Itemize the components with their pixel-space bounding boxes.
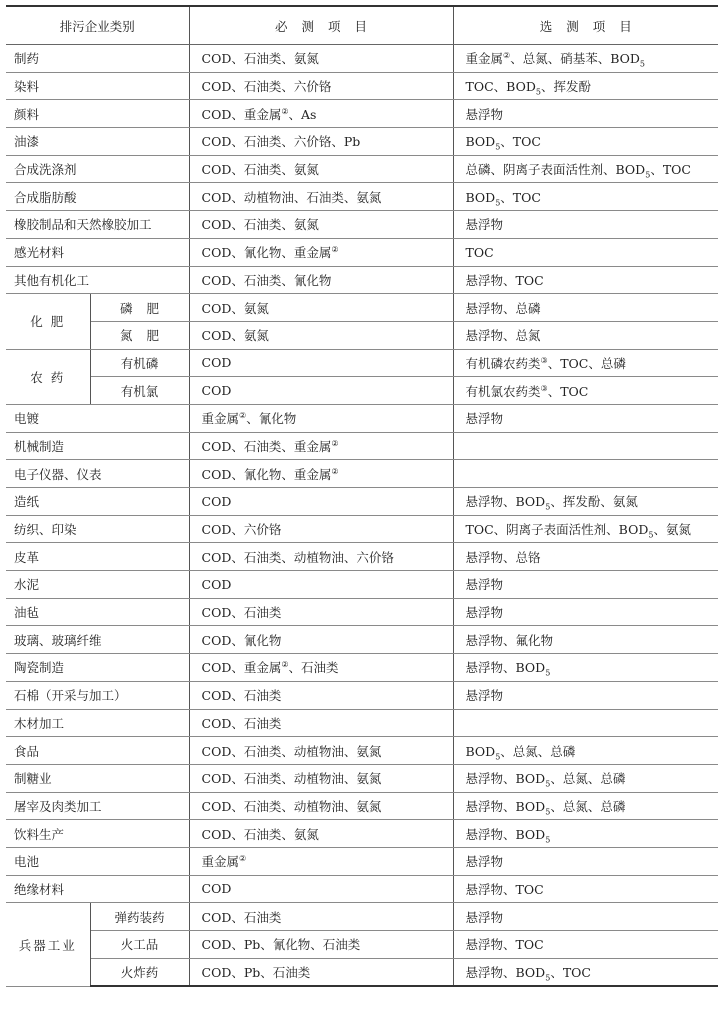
header-category: 排污企业类别 [6, 6, 189, 45]
table-row: 化 肥磷 肥COD、氨氮悬浮物、总磷 [6, 294, 718, 322]
category-cell: 染料 [6, 72, 189, 100]
table-row: 电子仪器、仪表COD、氰化物、重金属② [6, 460, 718, 488]
optional-items-cell: TOC [453, 238, 718, 266]
optional-items-cell: 悬浮物 [453, 903, 718, 931]
optional-items-cell: BOD5、总氮、总磷 [453, 737, 718, 765]
optional-items-cell: 悬浮物、BOD5 [453, 820, 718, 848]
category-cell: 感光材料 [6, 238, 189, 266]
required-items-cell: COD、石油类、六价铬 [189, 72, 453, 100]
required-items-cell: COD、动植物油、石油类、氨氮 [189, 183, 453, 211]
required-items-cell: COD、石油类、氨氮 [189, 45, 453, 73]
optional-items-cell: 悬浮物、BOD5、挥发酚、氨氮 [453, 488, 718, 516]
pollutant-monitoring-table: 排污企业类别 必 测 项 目 选 测 项 目 制药COD、石油类、氨氮重金属②、… [6, 5, 718, 987]
optional-items-cell: 悬浮物、BOD5、总氮、总磷 [453, 764, 718, 792]
table-row: 屠宰及肉类加工COD、石油类、动植物油、氨氮悬浮物、BOD5、总氮、总磷 [6, 792, 718, 820]
table-row: 食品COD、石油类、动植物油、氨氮BOD5、总氮、总磷 [6, 737, 718, 765]
table-row: 合成洗涤剂COD、石油类、氨氮总磷、阴离子表面活性剂、BOD5、TOC [6, 155, 718, 183]
optional-items-cell: 重金属②、总氮、硝基苯、BOD5 [453, 45, 718, 73]
group-category-cell: 农 药 [6, 349, 90, 404]
required-items-cell: COD、石油类、氰化物 [189, 266, 453, 294]
category-cell: 饮料生产 [6, 820, 189, 848]
optional-items-cell: 悬浮物、TOC [453, 266, 718, 294]
subcategory-cell: 火工品 [90, 931, 189, 959]
required-items-cell: 重金属② [189, 847, 453, 875]
optional-items-cell [453, 709, 718, 737]
category-cell: 制糖业 [6, 764, 189, 792]
optional-items-cell: 悬浮物 [453, 681, 718, 709]
optional-items-cell: 悬浮物、总氮 [453, 321, 718, 349]
optional-items-cell [453, 432, 718, 460]
subcategory-cell: 火炸药 [90, 958, 189, 986]
table-row: 感光材料COD、氰化物、重金属②TOC [6, 238, 718, 266]
required-items-cell: COD、石油类、氨氮 [189, 211, 453, 239]
table-row: 皮革COD、石油类、动植物油、六价铬悬浮物、总铬 [6, 543, 718, 571]
table-row: 兵器工业弹药装药COD、石油类悬浮物 [6, 903, 718, 931]
table-row: 染料COD、石油类、六价铬TOC、BOD5、挥发酚 [6, 72, 718, 100]
optional-items-cell: 悬浮物、氟化物 [453, 626, 718, 654]
table-body: 制药COD、石油类、氨氮重金属②、总氮、硝基苯、BOD5染料COD、石油类、六价… [6, 45, 718, 987]
category-cell: 绝缘材料 [6, 875, 189, 903]
optional-items-cell: 悬浮物、BOD5、TOC [453, 958, 718, 986]
table-row: 橡胶制品和天然橡胶加工COD、石油类、氨氮悬浮物 [6, 211, 718, 239]
required-items-cell: COD、氰化物 [189, 626, 453, 654]
table-row: 合成脂肪酸COD、动植物油、石油类、氨氮BOD5、TOC [6, 183, 718, 211]
group-category-cell: 化 肥 [6, 294, 90, 349]
required-items-cell: COD、石油类、氨氮 [189, 155, 453, 183]
optional-items-cell: 悬浮物、TOC [453, 931, 718, 959]
table-row: 颜料COD、重金属②、As悬浮物 [6, 100, 718, 128]
required-items-cell: COD、石油类、动植物油、氨氮 [189, 764, 453, 792]
optional-items-cell: BOD5、TOC [453, 183, 718, 211]
optional-items-cell: 有机氯农药类③、TOC [453, 377, 718, 405]
required-items-cell: COD、Pb、氰化物、石油类 [189, 931, 453, 959]
table-row: 油毡COD、石油类悬浮物 [6, 598, 718, 626]
table-row: 其他有机化工COD、石油类、氰化物悬浮物、TOC [6, 266, 718, 294]
optional-items-cell: 悬浮物、BOD5 [453, 654, 718, 682]
table-row: 氮 肥COD、氨氮悬浮物、总氮 [6, 321, 718, 349]
category-cell: 皮革 [6, 543, 189, 571]
required-items-cell: COD、重金属②、As [189, 100, 453, 128]
category-cell: 其他有机化工 [6, 266, 189, 294]
optional-items-cell: 悬浮物、总铬 [453, 543, 718, 571]
optional-items-cell: BOD5、TOC [453, 128, 718, 156]
subcategory-cell: 磷 肥 [90, 294, 189, 322]
category-cell: 食品 [6, 737, 189, 765]
table-row: 造纸COD悬浮物、BOD5、挥发酚、氨氮 [6, 488, 718, 516]
table-row: 绝缘材料COD悬浮物、TOC [6, 875, 718, 903]
category-cell: 电子仪器、仪表 [6, 460, 189, 488]
subcategory-cell: 有机氯 [90, 377, 189, 405]
required-items-cell: COD [189, 875, 453, 903]
optional-items-cell: 悬浮物、BOD5、总氮、总磷 [453, 792, 718, 820]
optional-items-cell: 悬浮物、TOC [453, 875, 718, 903]
optional-items-cell: 有机磷农药类③、TOC、总磷 [453, 349, 718, 377]
required-items-cell: COD、氨氮 [189, 294, 453, 322]
table-row: 石棉（开采与加工）COD、石油类悬浮物 [6, 681, 718, 709]
category-cell: 制药 [6, 45, 189, 73]
required-items-cell: COD、Pb、石油类 [189, 958, 453, 986]
table-row: 玻璃、玻璃纤维COD、氰化物悬浮物、氟化物 [6, 626, 718, 654]
optional-items-cell: 悬浮物 [453, 404, 718, 432]
required-items-cell: COD、石油类、动植物油、六价铬 [189, 543, 453, 571]
category-cell: 油漆 [6, 128, 189, 156]
optional-items-cell [453, 460, 718, 488]
table-row: 电池重金属②悬浮物 [6, 847, 718, 875]
category-cell: 合成洗涤剂 [6, 155, 189, 183]
table-row: 制药COD、石油类、氨氮重金属②、总氮、硝基苯、BOD5 [6, 45, 718, 73]
required-items-cell: COD、六价铬 [189, 515, 453, 543]
table-row: 木材加工COD、石油类 [6, 709, 718, 737]
category-cell: 造纸 [6, 488, 189, 516]
optional-items-cell: 总磷、阴离子表面活性剂、BOD5、TOC [453, 155, 718, 183]
required-items-cell: COD、氨氮 [189, 321, 453, 349]
table-row: 机械制造COD、石油类、重金属② [6, 432, 718, 460]
required-items-cell: COD、石油类 [189, 681, 453, 709]
table-row: 水泥COD悬浮物 [6, 571, 718, 599]
subcategory-cell: 弹药装药 [90, 903, 189, 931]
category-cell: 陶瓷制造 [6, 654, 189, 682]
required-items-cell: COD、氰化物、重金属② [189, 460, 453, 488]
optional-items-cell: 悬浮物 [453, 100, 718, 128]
optional-items-cell: 悬浮物 [453, 598, 718, 626]
table-header-row: 排污企业类别 必 测 项 目 选 测 项 目 [6, 6, 718, 45]
required-items-cell: COD、石油类、六价铬、Pb [189, 128, 453, 156]
required-items-cell: 重金属②、氰化物 [189, 404, 453, 432]
table-row: 电镀重金属②、氰化物悬浮物 [6, 404, 718, 432]
table-row: 纺织、印染COD、六价铬TOC、阴离子表面活性剂、BOD5、氨氮 [6, 515, 718, 543]
optional-items-cell: 悬浮物、总磷 [453, 294, 718, 322]
table-row: 饮料生产COD、石油类、氨氮悬浮物、BOD5 [6, 820, 718, 848]
category-cell: 电镀 [6, 404, 189, 432]
required-items-cell: COD、石油类 [189, 598, 453, 626]
optional-items-cell: TOC、BOD5、挥发酚 [453, 72, 718, 100]
group-category-cell: 兵器工业 [6, 903, 90, 987]
required-items-cell: COD、石油类、动植物油、氨氮 [189, 792, 453, 820]
table-row: 油漆COD、石油类、六价铬、PbBOD5、TOC [6, 128, 718, 156]
required-items-cell: COD、氰化物、重金属② [189, 238, 453, 266]
table-row: 火工品COD、Pb、氰化物、石油类悬浮物、TOC [6, 931, 718, 959]
category-cell: 水泥 [6, 571, 189, 599]
category-cell: 纺织、印染 [6, 515, 189, 543]
category-cell: 玻璃、玻璃纤维 [6, 626, 189, 654]
required-items-cell: COD、石油类、动植物油、氨氮 [189, 737, 453, 765]
optional-items-cell: 悬浮物 [453, 211, 718, 239]
table-row: 火炸药COD、Pb、石油类悬浮物、BOD5、TOC [6, 958, 718, 986]
subcategory-cell: 氮 肥 [90, 321, 189, 349]
category-cell: 石棉（开采与加工） [6, 681, 189, 709]
table-row: 农 药有机磷COD有机磷农药类③、TOC、总磷 [6, 349, 718, 377]
header-required: 必 测 项 目 [189, 6, 453, 45]
table-row: 陶瓷制造COD、重金属②、石油类悬浮物、BOD5 [6, 654, 718, 682]
category-cell: 电池 [6, 847, 189, 875]
required-items-cell: COD [189, 349, 453, 377]
required-items-cell: COD [189, 488, 453, 516]
category-cell: 橡胶制品和天然橡胶加工 [6, 211, 189, 239]
required-items-cell: COD、石油类 [189, 903, 453, 931]
category-cell: 颜料 [6, 100, 189, 128]
required-items-cell: COD、石油类、重金属② [189, 432, 453, 460]
table-row: 制糖业COD、石油类、动植物油、氨氮悬浮物、BOD5、总氮、总磷 [6, 764, 718, 792]
required-items-cell: COD、石油类 [189, 709, 453, 737]
subcategory-cell: 有机磷 [90, 349, 189, 377]
required-items-cell: COD [189, 377, 453, 405]
required-items-cell: COD [189, 571, 453, 599]
category-cell: 机械制造 [6, 432, 189, 460]
optional-items-cell: 悬浮物 [453, 571, 718, 599]
required-items-cell: COD、石油类、氨氮 [189, 820, 453, 848]
optional-items-cell: TOC、阴离子表面活性剂、BOD5、氨氮 [453, 515, 718, 543]
header-optional: 选 测 项 目 [453, 6, 718, 45]
category-cell: 合成脂肪酸 [6, 183, 189, 211]
category-cell: 屠宰及肉类加工 [6, 792, 189, 820]
optional-items-cell: 悬浮物 [453, 847, 718, 875]
table-row: 有机氯COD有机氯农药类③、TOC [6, 377, 718, 405]
required-items-cell: COD、重金属②、石油类 [189, 654, 453, 682]
category-cell: 油毡 [6, 598, 189, 626]
category-cell: 木材加工 [6, 709, 189, 737]
